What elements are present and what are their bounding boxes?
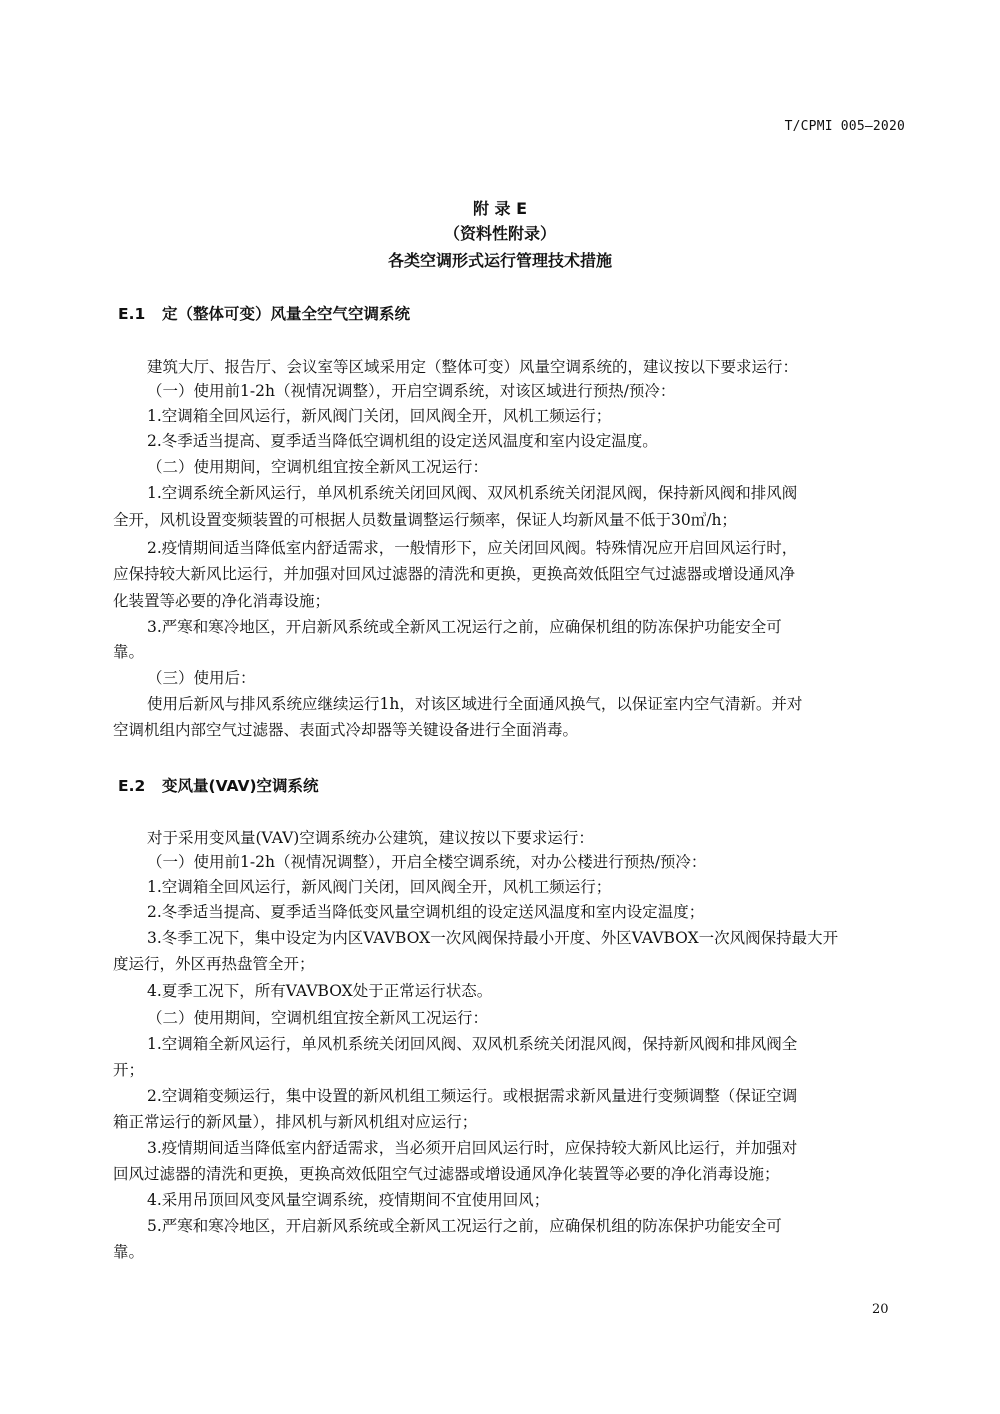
paragraph-line: （二）使用期间，空调机组宜按全新风工况运行： bbox=[113, 457, 937, 477]
paragraph-line: 2.冬季适当提高、夏季适当降低空调机组的设定送风温度和室内设定温度。 bbox=[113, 431, 937, 451]
appendix-label: 附 录 E bbox=[0, 196, 1000, 219]
paragraph-line: 1.空调系统全新风运行，单风机系统关闭回风阀、双风机系统关闭混风阀，保持新风阀和… bbox=[113, 483, 937, 503]
paragraph-line: 度运行，外区再热盘管全开； bbox=[113, 954, 903, 974]
paragraph-line: 4.采用吊顶回风变风量空调系统，疫情期间不宜使用回风； bbox=[113, 1190, 937, 1210]
paragraph-line: 应保持较大新风比运行，并加强对回风过滤器的清洗和更换，更换高效低阻空气过滤器或增… bbox=[113, 564, 903, 584]
paragraph-line: 靠。 bbox=[113, 642, 903, 662]
section-title: 定（整体可变）风量全空气空调系统 bbox=[162, 305, 410, 323]
paragraph-line: 空调机组内部空气过滤器、表面式冷却器等关键设备进行全面消毒。 bbox=[113, 720, 903, 740]
paragraph-line: 开； bbox=[113, 1060, 903, 1080]
paragraph-line: 1.空调箱全新风运行，单风机系统关闭回风阀、双风机系统关闭混风阀，保持新风阀和排… bbox=[113, 1034, 937, 1054]
paragraph-line: 1.空调箱全回风运行，新风阀门关闭，回风阀全开，风机工频运行； bbox=[113, 406, 937, 426]
paragraph-line: （一）使用前1-2h（视情况调整），开启全楼空调系统，对办公楼进行预热/预冷： bbox=[113, 852, 937, 872]
paragraph-line: 2.冬季适当提高、夏季适当降低变风量空调机组的设定送风温度和室内设定温度； bbox=[113, 902, 937, 922]
paragraph-line: 1.空调箱全回风运行，新风阀门关闭，回风阀全开，风机工频运行； bbox=[113, 877, 937, 897]
paragraph-line: （二）使用期间，空调机组宜按全新风工况运行： bbox=[113, 1008, 937, 1028]
paragraph-line: 3.冬季工况下，集中设定为内区VAVBOX一次风阀保持最小开度、外区VAVBOX… bbox=[113, 928, 937, 948]
section-number: E.2 bbox=[118, 777, 162, 795]
page-title: 各类空调形式运行管理技术措施 bbox=[0, 248, 1000, 271]
paragraph-line: 对于采用变风量(VAV)空调系统办公建筑，建议按以下要求运行： bbox=[113, 828, 937, 848]
paragraph-line: 化装置等必要的净化消毒设施； bbox=[113, 591, 903, 611]
paragraph-line: 5.严寒和寒冷地区，开启新风系统或全新风工况运行之前，应确保机组的防冻保护功能安… bbox=[113, 1216, 937, 1236]
section-heading-e1: E.1定（整体可变）风量全空气空调系统 bbox=[118, 302, 410, 324]
paragraph-line: 3.严寒和寒冷地区，开启新风系统或全新风工况运行之前，应确保机组的防冻保护功能安… bbox=[113, 617, 937, 637]
paragraph-line: 建筑大厅、报告厅、会议室等区域采用定（整体可变）风量空调系统的，建议按以下要求运… bbox=[113, 357, 937, 377]
paragraph-line: 全开，风机设置变频装置的可根据人员数量调整运行频率，保证人均新风量不低于30㎥/… bbox=[113, 510, 903, 530]
paragraph-line: 回风过滤器的清洗和更换，更换高效低阻空气过滤器或增设通风净化装置等必要的净化消毒… bbox=[113, 1164, 903, 1184]
appendix-type: （资料性附录） bbox=[0, 221, 1000, 244]
paragraph-line: 箱正常运行的新风量），排风机与新风机组对应运行； bbox=[113, 1112, 903, 1132]
paragraph-line: 2.疫情期间适当降低室内舒适需求，一般情形下，应关闭回风阀。特殊情况应开启回风运… bbox=[113, 538, 937, 558]
page-number: 20 bbox=[872, 1302, 889, 1317]
section-heading-e2: E.2变风量(VAV)空调系统 bbox=[118, 774, 319, 796]
section-title: 变风量(VAV)空调系统 bbox=[162, 777, 319, 795]
paragraph-line: 2.空调箱变频运行，集中设置的新风机组工频运行。或根据需求新风量进行变频调整（保… bbox=[113, 1086, 937, 1106]
paragraph-line: 靠。 bbox=[113, 1242, 903, 1262]
paragraph-line: 4.夏季工况下，所有VAVBOX处于正常运行状态。 bbox=[113, 981, 937, 1001]
paragraph-line: （一）使用前1-2h（视情况调整），开启空调系统，对该区域进行预热/预冷： bbox=[113, 381, 937, 401]
paragraph-line: 3.疫情期间适当降低室内舒适需求，当必须开启回风运行时，应保持较大新风比运行，并… bbox=[113, 1138, 937, 1158]
document-code: T/CPMI 005—2020 bbox=[785, 119, 905, 134]
paragraph-line: 使用后新风与排风系统应继续运行1h，对该区域进行全面通风换气，以保证室内空气清新… bbox=[113, 694, 937, 714]
section-number: E.1 bbox=[118, 305, 162, 323]
paragraph-line: （三）使用后： bbox=[113, 668, 937, 688]
